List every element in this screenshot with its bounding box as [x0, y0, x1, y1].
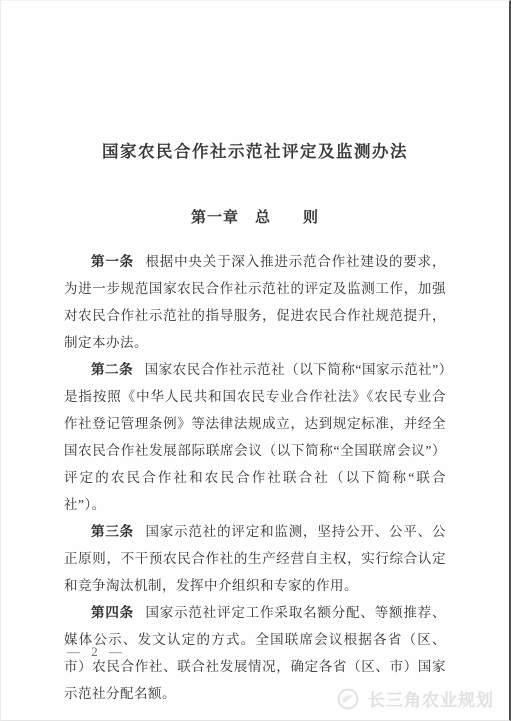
document-body: 第一条根据中央关于深入推进示范合作社建设的要求，为进一步规范国家农民合作社示范社…	[64, 248, 446, 707]
article-2-lead: 第二条	[91, 362, 133, 377]
article-paragraph-1: 第一条根据中央关于深入推进示范合作社建设的要求，为进一步规范国家农民合作社示范社…	[64, 248, 446, 356]
watermark: 长三角农业规划	[337, 686, 494, 711]
document-title: 国家农民合作社示范社评定及监测办法	[1, 1, 509, 162]
article-paragraph-3: 第三条国家示范社的评定和监测，坚持公开、公平、公正原则，不干预农民合作社的生产经…	[64, 518, 446, 599]
article-2-text: 国家农民合作社示范社（以下简称“国家示范社”）是指按照《中华人民共和国农民专业合…	[64, 362, 446, 512]
chapter-heading: 第一章 总 则	[1, 206, 509, 227]
article-1-lead: 第一条	[91, 254, 134, 269]
article-3-lead: 第三条	[91, 524, 134, 539]
watermark-brand-logo-icon	[337, 688, 359, 710]
document-page: 国家农民合作社示范社评定及监测办法 第一章 总 则 第一条根据中央关于深入推进示…	[0, 0, 511, 721]
watermark-label: 长三角农业规划	[368, 686, 494, 711]
page-number: — 2 —	[67, 644, 126, 660]
article-4-lead: 第四条	[91, 605, 134, 620]
article-paragraph-2: 第二条国家农民合作社示范社（以下简称“国家示范社”）是指按照《中华人民共和国农民…	[64, 356, 446, 518]
